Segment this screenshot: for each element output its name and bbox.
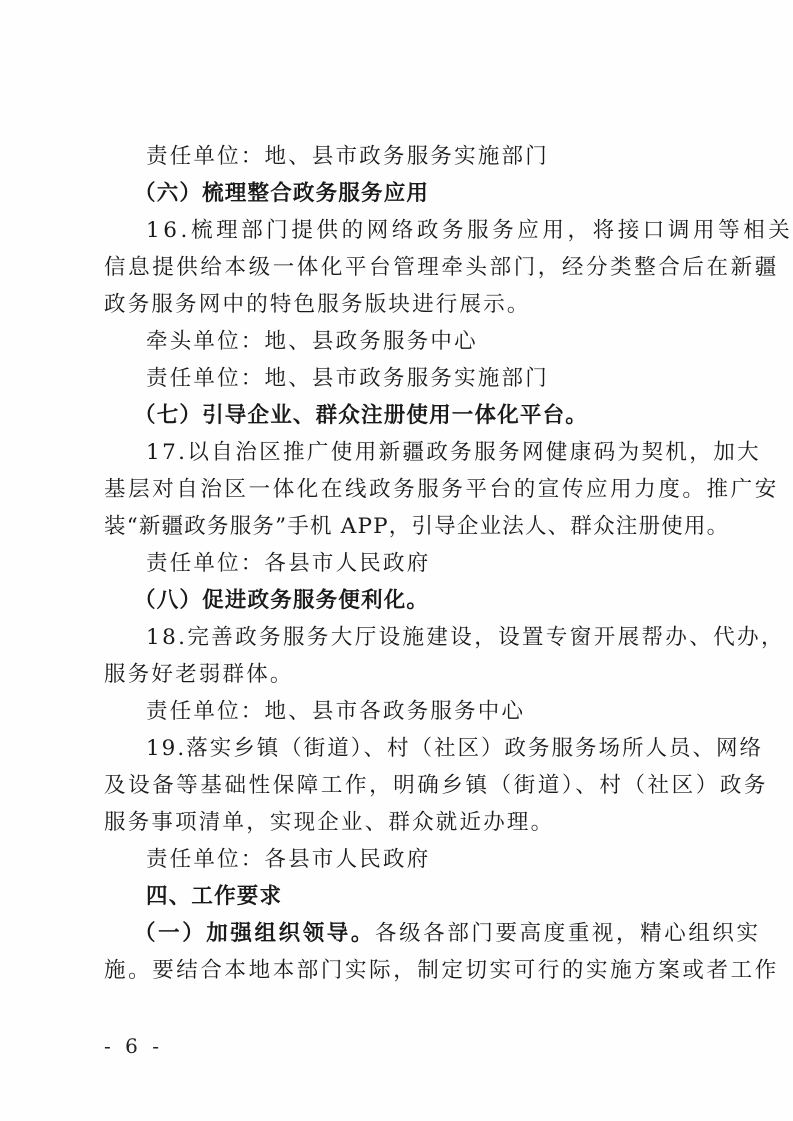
requirement-1-line-1: （一）加强组织领导。各级各部门要高度重视，精心组织实 bbox=[134, 919, 734, 949]
item-17-line-3: 装“新疆政务服务”手机 APP，引导企业法人、群众注册使用。 bbox=[104, 512, 704, 542]
item-18-line-1: 18.完善政务服务大厅设施建设，设置专窗开展帮办、代办， bbox=[146, 623, 746, 653]
item-17-line-1: 17.以自治区推广使用新疆政务服务网健康码为契机，加大 bbox=[146, 438, 746, 468]
responsible-unit-line: 责任单位：地、县市各政务服务中心 bbox=[146, 697, 746, 727]
responsible-unit-line: 责任单位：各县市人民政府 bbox=[146, 845, 746, 875]
requirement-1-line-2: 施。要结合本地本部门实际，制定切实可行的实施方案或者工作 bbox=[104, 956, 704, 986]
responsible-unit-line: 责任单位：地、县市政务服务实施部门 bbox=[146, 364, 746, 394]
lead-unit-line: 牵头单位：地、县政务服务中心 bbox=[146, 327, 746, 357]
page-number: - 6 - bbox=[104, 1034, 163, 1058]
item-18-line-2: 服务好老弱群体。 bbox=[104, 660, 704, 690]
document-page: 责任单位：地、县市政务服务实施部门 （六）梳理整合政务服务应用 16.梳理部门提… bbox=[0, 0, 793, 1121]
responsible-unit-line: 责任单位：各县市人民政府 bbox=[146, 549, 746, 579]
item-17-line-2: 基层对自治区一体化在线政务服务平台的宣传应用力度。推广安 bbox=[104, 475, 704, 505]
item-16-line-1: 16.梳理部门提供的网络政务服务应用，将接口调用等相关 bbox=[146, 216, 746, 246]
section-heading-6: （六）梳理整合政务服务应用 bbox=[134, 179, 734, 209]
item-19-line-1: 19.落实乡镇（街道）、村（社区）政务服务场所人员、网络 bbox=[146, 734, 746, 764]
requirement-1-text: 各级各部门要高度重视，精心组织实 bbox=[375, 921, 761, 946]
requirement-1-heading: （一）加强组织领导。 bbox=[134, 921, 375, 946]
item-19-line-2: 及设备等基础性保障工作，明确乡镇（街道）、村（社区）政务 bbox=[104, 771, 704, 801]
section-heading-7: （七）引导企业、群众注册使用一体化平台。 bbox=[134, 401, 734, 431]
item-16-line-2: 信息提供给本级一体化平台管理牵头部门，经分类整合后在新疆 bbox=[104, 253, 704, 283]
chapter-heading-4: 四、工作要求 bbox=[146, 882, 746, 912]
section-heading-8: （八）促进政务服务便利化。 bbox=[134, 586, 734, 616]
item-16-line-3: 政务服务网中的特色服务版块进行展示。 bbox=[104, 290, 704, 320]
responsible-unit-line: 责任单位：地、县市政务服务实施部门 bbox=[146, 142, 746, 172]
item-19-line-3: 服务事项清单，实现企业、群众就近办理。 bbox=[104, 808, 704, 838]
